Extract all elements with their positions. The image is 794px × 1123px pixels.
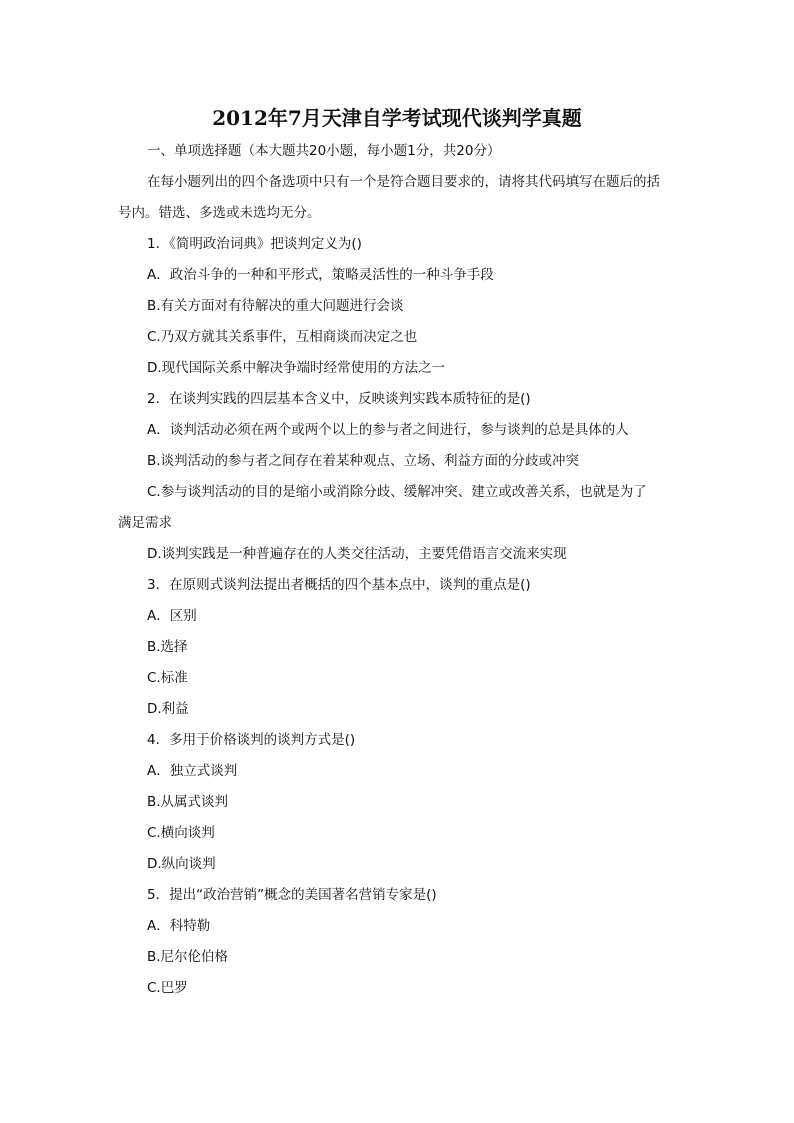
option-c: C.巴罗 (118, 973, 676, 1004)
question-1: 1．《简明政治词典》把谈判定义为() A．政治斗争的一种和平形式，策略灵活性的一… (118, 229, 676, 384)
option-c: C.乃双方就其关系事件，互相商谈而决定之也 (118, 322, 676, 353)
option-d: D.谈判实践是一种普遍存在的人类交往活动，主要凭借语言交流来实现 (118, 539, 676, 570)
question-stem: 2．在谈判实践的四层基本含义中，反映谈判实践本质特征的是() (118, 384, 676, 415)
question-stem: 4．多用于价格谈判的谈判方式是() (118, 725, 676, 756)
question-5: 5．提出“政治营销”概念的美国著名营销专家是() A．科特勒 B.尼尔伦伯格 C… (118, 880, 676, 1004)
option-a: A．独立式谈判 (118, 756, 676, 787)
option-a: A．区别 (118, 601, 676, 632)
option-c: C.标准 (118, 663, 676, 694)
option-a: A．科特勒 (118, 911, 676, 942)
question-stem: 3．在原则式谈判法提出者概括的四个基本点中，谈判的重点是() (118, 570, 676, 601)
instructions-line-2: 号内。错选、多选或未选均无分。 (118, 198, 676, 229)
question-stem: 1．《简明政治词典》把谈判定义为() (118, 229, 676, 260)
instructions-line-1: 在每小题列出的四个备选项中只有一个是符合题目要求的，请将其代码填写在题后的括 (118, 167, 676, 198)
option-b: B.从属式谈判 (118, 787, 676, 818)
option-c: C.横向谈判 (118, 818, 676, 849)
option-c: C.参与谈判活动的目的是缩小或消除分歧、缓解冲突、建立或改善关系，也就是为了 (118, 477, 676, 508)
question-4: 4．多用于价格谈判的谈判方式是() A．独立式谈判 B.从属式谈判 C.横向谈判… (118, 725, 676, 880)
section-heading: 一、单项选择题（本大题共20小题，每小题1分，共20分） (118, 136, 676, 167)
question-stem: 5．提出“政治营销”概念的美国著名营销专家是() (118, 880, 676, 911)
option-d: D.利益 (118, 694, 676, 725)
document-page: 2012年7月天津自学考试现代谈判学真题 一、单项选择题（本大题共20小题，每小… (118, 100, 676, 1004)
option-b: B.有关方面对有待解决的重大问题进行会谈 (118, 291, 676, 322)
option-a: A．谈判活动必须在两个或两个以上的参与者之间进行，参与谈判的总是具体的人 (118, 415, 676, 446)
option-b: B.选择 (118, 632, 676, 663)
question-3: 3．在原则式谈判法提出者概括的四个基本点中，谈判的重点是() A．区别 B.选择… (118, 570, 676, 725)
option-a: A．政治斗争的一种和平形式，策略灵活性的一种斗争手段 (118, 260, 676, 291)
option-b: B.尼尔伦伯格 (118, 942, 676, 973)
option-c-continuation: 满足需求 (118, 508, 676, 539)
document-title: 2012年7月天津自学考试现代谈判学真题 (118, 100, 676, 136)
option-d: D.纵向谈判 (118, 849, 676, 880)
option-b: B.谈判活动的参与者之间存在着某种观点、立场、利益方面的分歧或冲突 (118, 446, 676, 477)
question-2: 2．在谈判实践的四层基本含义中，反映谈判实践本质特征的是() A．谈判活动必须在… (118, 384, 676, 570)
option-d: D.现代国际关系中解决争端时经常使用的方法之一 (118, 353, 676, 384)
